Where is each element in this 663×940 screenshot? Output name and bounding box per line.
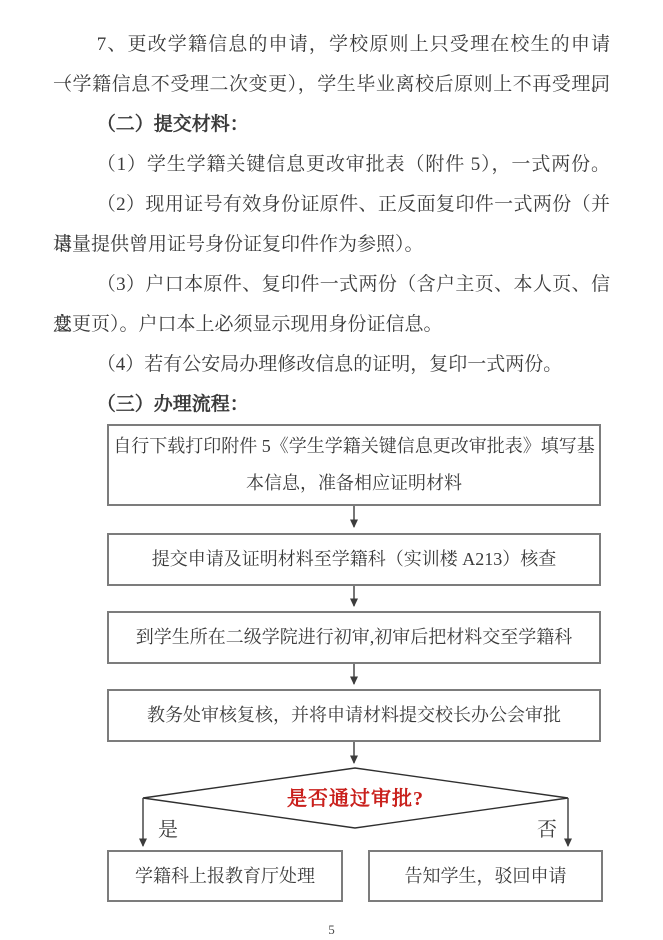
outcome-yes-text: 学籍科上报教育厅处理 — [135, 858, 315, 895]
page-number: 5 — [0, 922, 663, 938]
document-page: 7、更改学籍信息的申请，学校原则上只受理在校生的申请（同 一学籍信息不受理二次变… — [0, 0, 663, 940]
body-text-block: 7、更改学籍信息的申请，学校原则上只受理在校生的申请（同 一学籍信息不受理二次变… — [53, 25, 610, 425]
item-4-line: （4）若有公安局办理修改信息的证明，复印一式两份。 — [53, 345, 610, 385]
flow-step-1-text-line-2: 本信息，准备相应证明材料 — [246, 465, 462, 502]
flow-step-2-text: 提交申请及证明材料至学籍科（实训楼 A213）核查 — [152, 541, 557, 578]
item-3-line-1: （3）户口本原件、复印件一式两份（含户主页、本人页、信息 — [53, 265, 610, 305]
flow-step-4-box: 教务处审核复核，并将申请材料提交校长办公会审批 — [107, 689, 601, 742]
outcome-no-box: 告知学生，驳回申请 — [368, 850, 603, 902]
flow-step-2-box: 提交申请及证明材料至学籍科（实训楼 A213）核查 — [107, 533, 601, 586]
outcome-yes-box: 学籍科上报教育厅处理 — [107, 850, 343, 902]
flow-step-4-text: 教务处审核复核，并将申请材料提交校长办公会审批 — [147, 697, 561, 734]
decision-question-text: 是否通过审批? — [143, 787, 568, 811]
decision-yes-label: 是 — [158, 818, 178, 842]
flow-step-3-text: 到学生所在二级学院进行初审,初审后把材料交至学籍科 — [136, 619, 573, 656]
heading-submit-materials: （二）提交材料： — [53, 105, 610, 145]
heading-process-flow: （三）办理流程： — [53, 385, 610, 425]
flow-step-3-box: 到学生所在二级学院进行初审,初审后把材料交至学籍科 — [107, 611, 601, 664]
item-2-line-1: （2）现用证号有效身份证原件、正反面复印件一式两份（并请 — [53, 185, 610, 225]
outcome-no-text: 告知学生，驳回申请 — [405, 858, 567, 895]
item-1-line: （1）学生学籍关键信息更改审批表（附件 5），一式两份。 — [53, 145, 610, 185]
paragraph-7-line-1: 7、更改学籍信息的申请，学校原则上只受理在校生的申请（同 — [53, 25, 610, 65]
flow-step-1-box: 自行下载打印附件 5《学生学籍关键信息更改审批表》填写基 本信息，准备相应证明材… — [107, 424, 601, 506]
decision-no-label: 否 — [537, 818, 557, 842]
item-3-line-2: 变更页）。户口本上必须显示现用身份证信息。 — [53, 305, 610, 345]
item-2-line-2: 尽量提供曾用证号身份证复印件作为参照）。 — [53, 225, 610, 265]
paragraph-7-line-2: 一学籍信息不受理二次变更），学生毕业离校后原则上不再受理。 — [53, 65, 610, 105]
flow-step-1-text-line-1: 自行下载打印附件 5《学生学籍关键信息更改审批表》填写基 — [113, 428, 595, 465]
